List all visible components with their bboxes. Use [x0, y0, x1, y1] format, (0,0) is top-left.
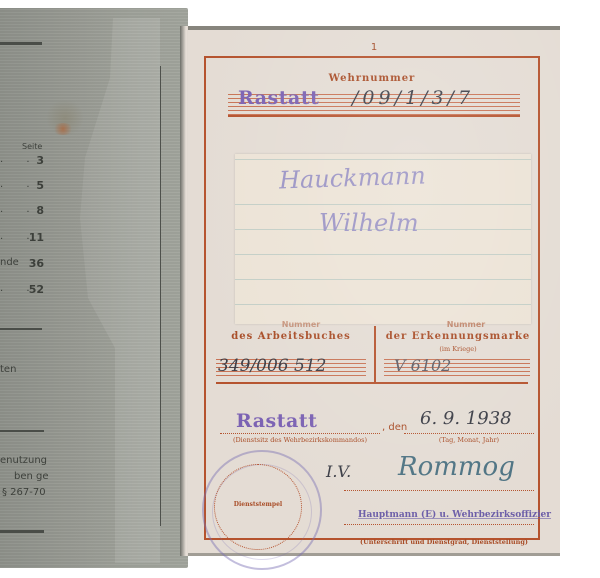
arbeitsbuch-value: 349/006 512 — [218, 356, 326, 376]
wehrnummer-value: /09/1/3/7 — [352, 87, 474, 109]
first-name-handwritten: Wilhelm — [319, 209, 419, 237]
wehrpass-page-1: 1 Wehrnummer Rastatt /09/1/3/7 Hauckmann… — [188, 30, 560, 553]
erkennungsmarke-field: V 6102 — [384, 356, 530, 378]
toc-row: . . 5 — [0, 179, 44, 193]
erkennungsmarke-label: der Erkennungsmarke — [378, 331, 538, 342]
left-cover-page: Seite . . 3 . . 5 . . 8 . . 11 nde 36 . … — [0, 8, 188, 568]
form-frame: Wehrnummer Rastatt /09/1/3/7 Hauckmann W… — [204, 56, 540, 540]
rust-stain — [52, 123, 74, 135]
seal-label: Dienststempel — [214, 501, 302, 508]
arbeitsbuch-label: des Arbeitsbuches — [216, 331, 366, 342]
wehrnummer-title: Wehrnummer — [206, 73, 538, 84]
cover-rule-mid — [0, 328, 42, 330]
place-line — [220, 433, 380, 434]
column-divider — [374, 326, 376, 382]
arbeitsbuch-label-top: Nummer — [246, 320, 356, 329]
place-stamp: Rastatt — [236, 410, 317, 432]
pasted-name-label: Hauckmann Wilhelm — [235, 154, 531, 324]
cover-edge-line — [160, 66, 161, 526]
toc-header: Seite — [22, 142, 42, 151]
signature: Rommog — [398, 452, 515, 482]
cover-fragment-line: § 267-70 — [2, 487, 46, 498]
cover-fragment-text: ten — [0, 364, 16, 375]
section-rule — [216, 382, 528, 384]
erkennungsmarke-label-top: Nummer — [416, 320, 516, 329]
rank-line — [344, 524, 534, 525]
signature-caption: (Unterschrift und Dienstgrad, Dienststel… — [344, 538, 544, 546]
cover-pocket-flap — [40, 18, 161, 563]
wehrnummer-district-stamp: Rastatt — [238, 87, 319, 109]
page-number: 1 — [188, 42, 560, 53]
wehrnummer-field: Rastatt /09/1/3/7 — [228, 91, 520, 117]
toc-row: . . 11 — [0, 231, 44, 245]
toc-row: . . 52 — [0, 283, 44, 297]
cover-rule-top — [0, 42, 42, 45]
arbeitsbuch-field: 349/006 512 — [216, 356, 366, 378]
toc-row: nde 36 — [0, 257, 44, 271]
erkennungsmarke-sublabel: (im Kriege) — [378, 345, 538, 353]
rank-stamp: Hauptmann (E) u. Wehrbezirksoffizier — [358, 510, 551, 520]
erkennungsmarke-value: V 6102 — [394, 356, 451, 375]
signature-prefix: I.V. — [326, 462, 351, 481]
cover-rule-lower — [0, 430, 44, 432]
den-label: , den — [382, 422, 407, 433]
toc-row: . . 8 — [0, 204, 44, 218]
place-caption: (Dienstsitz des Wehrbezirkskommandos) — [220, 436, 380, 444]
date-value: 6. 9. 1938 — [420, 408, 512, 429]
surname-handwritten: Hauckmann — [279, 161, 427, 194]
cover-rule-bottom — [0, 530, 44, 533]
date-caption: (Tag, Monat, Jahr) — [404, 436, 534, 444]
toc-row: . . 3 — [0, 154, 44, 168]
cover-fragment-line: ben ge — [14, 471, 49, 482]
cover-fragment-line: enutzung — [0, 455, 47, 466]
date-line — [404, 433, 534, 434]
signature-line — [344, 490, 534, 491]
